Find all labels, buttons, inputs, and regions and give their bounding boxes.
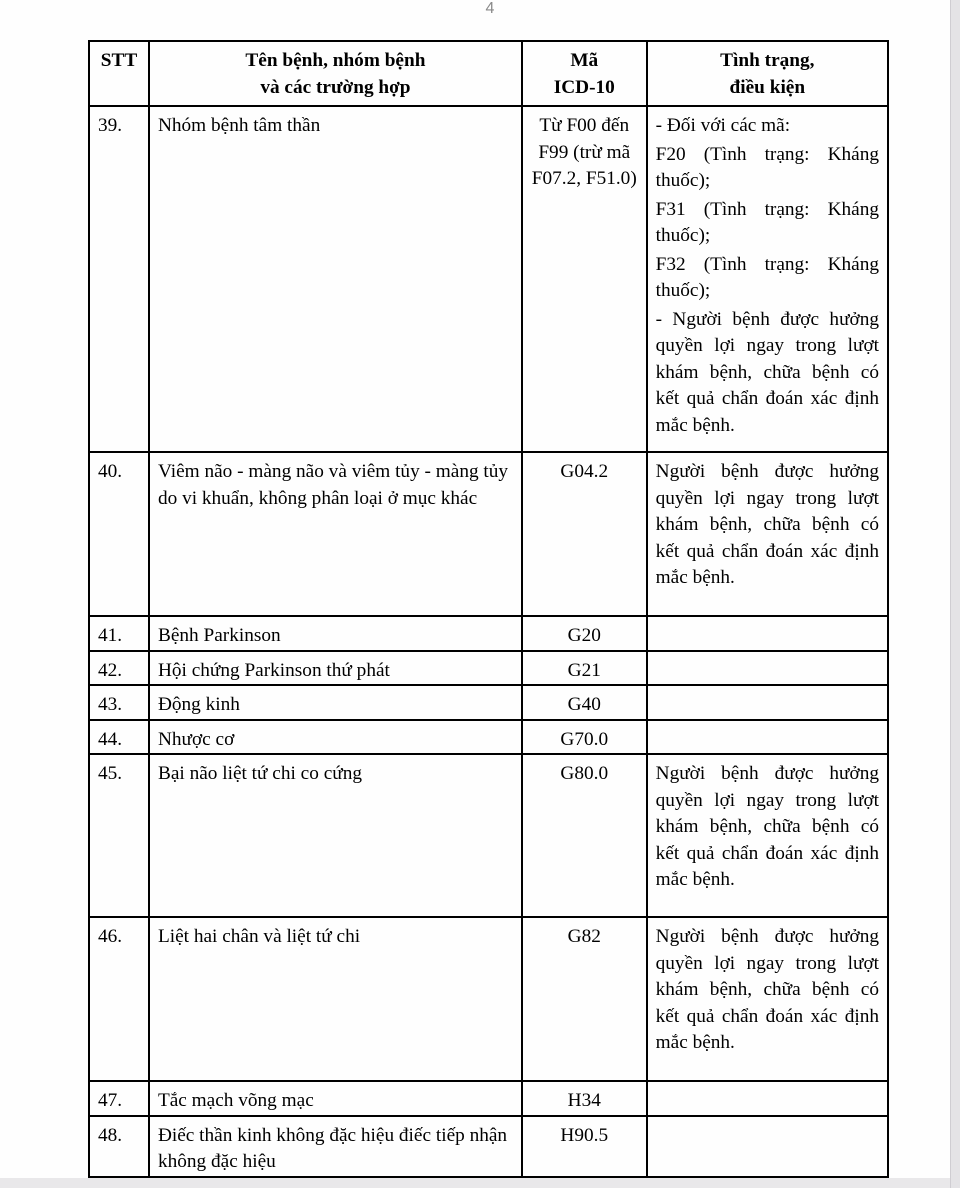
- row-disease-name: Nhóm bệnh tâm thần: [149, 106, 522, 452]
- table-row: 42. Hội chứng Parkinson thứ phát G21: [89, 651, 888, 686]
- row-disease-name: Tắc mạch võng mạc: [149, 1081, 522, 1116]
- condition-paragraph: - Người bệnh được hưởng quyền lợi ngay t…: [656, 307, 879, 440]
- row-disease-name: Viêm não - màng não và viêm tủy - màng t…: [149, 452, 522, 616]
- row-disease-name: Động kinh: [149, 685, 522, 720]
- row-stt: 45.: [89, 754, 149, 917]
- row-icd-code: Từ F00 đến F99 (trừ mã F07.2, F51.0): [522, 106, 647, 452]
- row-disease-name: Bệnh Parkinson: [149, 616, 522, 651]
- row-stt: 44.: [89, 720, 149, 755]
- row-stt: 39.: [89, 106, 149, 452]
- header-icd-code: Mã ICD-10: [522, 41, 647, 106]
- row-icd-code: G04.2: [522, 452, 647, 616]
- document-page: 4 STT Tên bệnh, nhóm bệnh và các trường …: [0, 0, 951, 1178]
- row-stt: 40.: [89, 452, 149, 616]
- row-condition: Người bệnh được hưởng quyền lợi ngay tro…: [647, 452, 888, 616]
- disease-table: STT Tên bệnh, nhóm bệnh và các trường hợ…: [88, 40, 889, 1178]
- row-icd-code: G40: [522, 685, 647, 720]
- row-condition: [647, 651, 888, 686]
- header-condition: Tình trạng, điều kiện: [647, 41, 888, 106]
- row-condition: [647, 1081, 888, 1116]
- row-icd-code: H34: [522, 1081, 647, 1116]
- table-header-row: STT Tên bệnh, nhóm bệnh và các trường hợ…: [89, 41, 888, 106]
- row-stt: 43.: [89, 685, 149, 720]
- table-row: 45. Bại não liệt tứ chi co cứng G80.0 Ng…: [89, 754, 888, 917]
- row-disease-name: Liệt hai chân và liệt tứ chi: [149, 917, 522, 1081]
- table-row: 40. Viêm não - màng não và viêm tủy - mà…: [89, 452, 888, 616]
- row-disease-name: Bại não liệt tứ chi co cứng: [149, 754, 522, 917]
- table-row: 48. Điếc thần kinh không đặc hiệu điếc t…: [89, 1116, 888, 1177]
- condition-paragraph: F32 (Tình trạng: Kháng thuốc);: [656, 252, 879, 305]
- row-stt: 46.: [89, 917, 149, 1081]
- table-row: 41. Bệnh Parkinson G20: [89, 616, 888, 651]
- row-condition: [647, 720, 888, 755]
- row-disease-name: Hội chứng Parkinson thứ phát: [149, 651, 522, 686]
- table-row: 46. Liệt hai chân và liệt tứ chi G82 Ngư…: [89, 917, 888, 1081]
- row-stt: 42.: [89, 651, 149, 686]
- row-icd-code: G82: [522, 917, 647, 1081]
- table-row: 43. Động kinh G40: [89, 685, 888, 720]
- row-stt: 47.: [89, 1081, 149, 1116]
- header-stt: STT: [89, 41, 149, 106]
- table-body: 39. Nhóm bệnh tâm thần Từ F00 đến F99 (t…: [89, 106, 888, 1177]
- row-stt: 41.: [89, 616, 149, 651]
- header-disease-name: Tên bệnh, nhóm bệnh và các trường hợp: [149, 41, 522, 106]
- condition-paragraph: F31 (Tình trạng: Kháng thuốc);: [656, 197, 879, 250]
- table-row: 44. Nhược cơ G70.0: [89, 720, 888, 755]
- row-condition: [647, 616, 888, 651]
- row-icd-code: G80.0: [522, 754, 647, 917]
- row-icd-code: G20: [522, 616, 647, 651]
- page-number: 4: [0, 0, 951, 18]
- table-row: 39. Nhóm bệnh tâm thần Từ F00 đến F99 (t…: [89, 106, 888, 452]
- row-condition: [647, 1116, 888, 1177]
- row-icd-code: G21: [522, 651, 647, 686]
- condition-paragraph: - Đối với các mã:: [656, 113, 879, 140]
- row-condition: Người bệnh được hưởng quyền lợi ngay tro…: [647, 917, 888, 1081]
- row-condition: [647, 685, 888, 720]
- row-disease-name: Nhược cơ: [149, 720, 522, 755]
- row-disease-name: Điếc thần kinh không đặc hiệu điếc tiếp …: [149, 1116, 522, 1177]
- row-condition: - Đối với các mã: F20 (Tình trạng: Kháng…: [647, 106, 888, 452]
- vertical-scrollbar[interactable]: [950, 0, 960, 1188]
- table-row: 47. Tắc mạch võng mạc H34: [89, 1081, 888, 1116]
- row-stt: 48.: [89, 1116, 149, 1177]
- row-icd-code: G70.0: [522, 720, 647, 755]
- row-condition: Người bệnh được hưởng quyền lợi ngay tro…: [647, 754, 888, 917]
- row-icd-code: H90.5: [522, 1116, 647, 1177]
- condition-paragraph: F20 (Tình trạng: Kháng thuốc);: [656, 142, 879, 195]
